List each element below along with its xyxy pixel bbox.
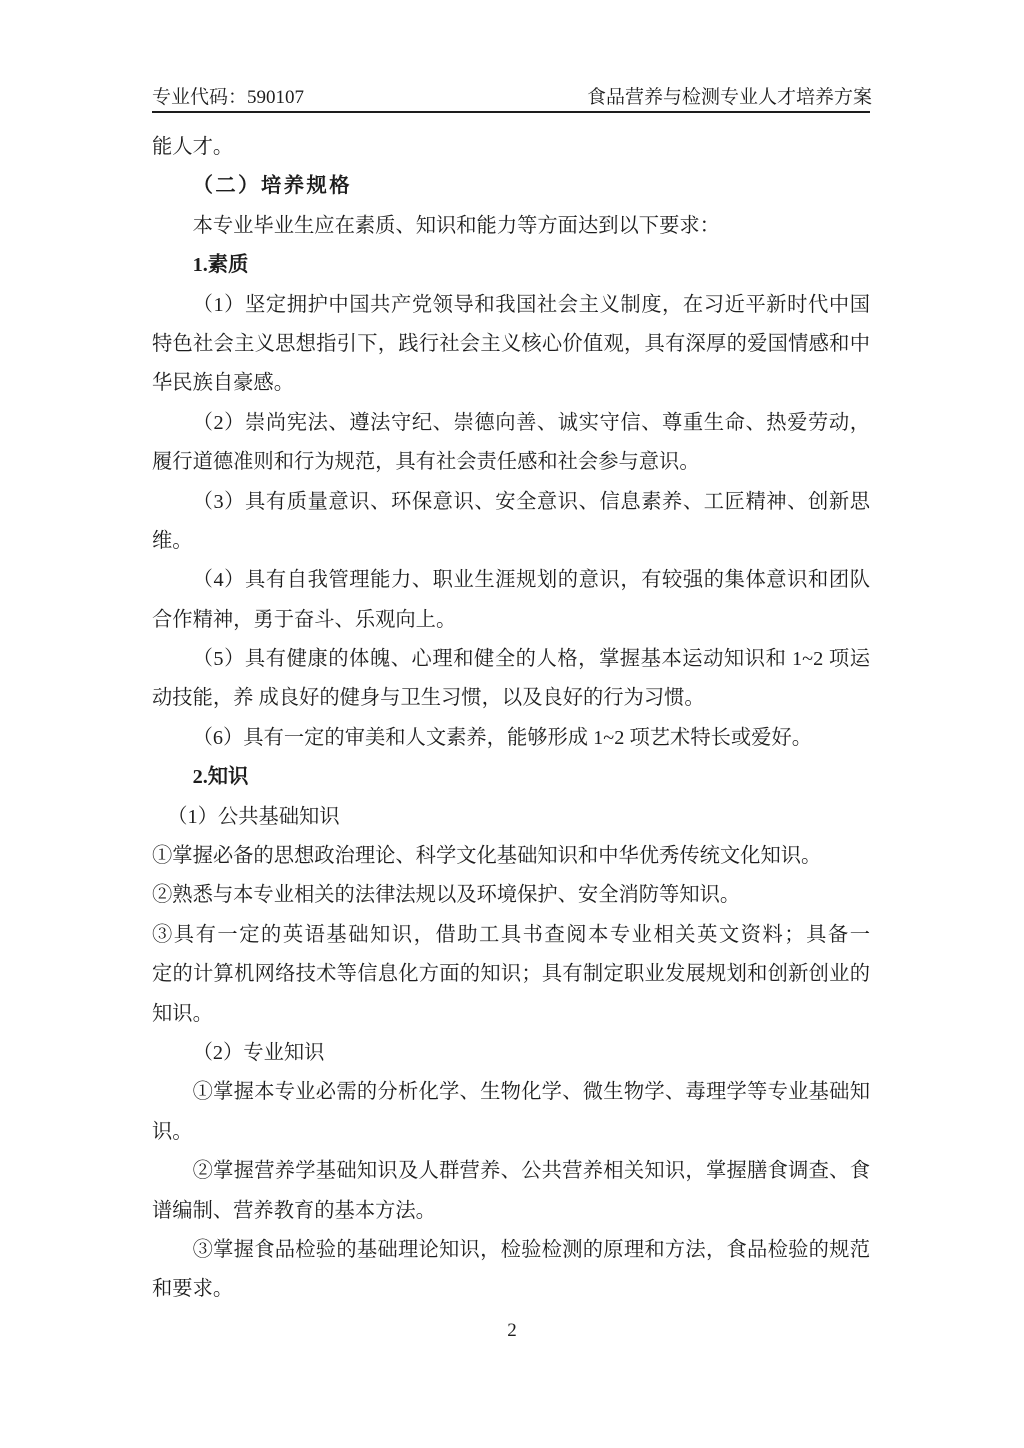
text-line: 本专业毕业生应在素质、知识和能力等方面达到以下要求： bbox=[152, 207, 870, 246]
text-line: 履行道德准则和行为规范，具有社会责任感和社会参与意识。 bbox=[152, 443, 870, 482]
header-document-title: 食品营养与检测专业人才培养方案 bbox=[587, 86, 872, 110]
paragraph-intro: 本专业毕业生应在素质、知识和能力等方面达到以下要求： bbox=[152, 207, 870, 246]
text-line: 合作精神，勇于奋斗、乐观向上。 bbox=[152, 601, 870, 640]
text-line: （4）具有自我管理能力、职业生涯规划的意识，有较强的集体意识和团队 bbox=[152, 561, 870, 600]
paragraph-public-knowledge-3: ③具有一定的英语基础知识，借助工具书查阅本专业相关英文资料；具备一定的计算机网络… bbox=[152, 916, 870, 1034]
text-line: 维。 bbox=[152, 522, 870, 561]
text-line: ②掌握营养学基础知识及人群营养、公共营养相关知识，掌握膳食调查、食 bbox=[152, 1152, 870, 1191]
text-line: 能人才。 bbox=[152, 128, 870, 167]
page-number: 2 bbox=[0, 1318, 1024, 1344]
heading-training-specifications: （二）培养规格 bbox=[152, 167, 870, 206]
text-line: ①掌握必备的思想政治理论、科学文化基础知识和中华优秀传统文化知识。 bbox=[152, 837, 870, 876]
text-line: ③掌握食品检验的基础理论知识，检验检测的原理和方法，食品检验的规范 bbox=[152, 1231, 870, 1270]
paragraph-professional-knowledge-1: ①掌握本专业必需的分析化学、生物化学、微生物学、毒理学等专业基础知识。 bbox=[152, 1073, 870, 1152]
text-line: 谱编制、营养教育的基本方法。 bbox=[152, 1192, 870, 1231]
text-line: （5）具有健康的体魄、心理和健全的人格，掌握基本运动知识和 1~2 项运 bbox=[152, 640, 870, 679]
text-line: （2）专业知识 bbox=[152, 1034, 870, 1073]
paragraph-public-knowledge-1: ①掌握必备的思想政治理论、科学文化基础知识和中华优秀传统文化知识。 bbox=[152, 837, 870, 876]
text-line: 1.素质 bbox=[152, 246, 870, 285]
text-line: （2）崇尚宪法、遵法守纪、崇德向善、诚实守信、尊重生命、热爱劳动， bbox=[152, 404, 870, 443]
text-line: ①掌握本专业必需的分析化学、生物化学、微生物学、毒理学等专业基础知 bbox=[152, 1073, 870, 1112]
text-line: ③具有一定的英语基础知识，借助工具书查阅本专业相关英文资料；具备一 bbox=[152, 916, 870, 955]
paragraph-quality-3: （3）具有质量意识、环保意识、安全意识、信息素养、工匠精神、创新思维。 bbox=[152, 483, 870, 562]
paragraph-professional-knowledge-3: ③掌握食品检验的基础理论知识，检验检测的原理和方法，食品检验的规范和要求。 bbox=[152, 1231, 870, 1310]
paragraph-quality-2: （2）崇尚宪法、遵法守纪、崇德向善、诚实守信、尊重生命、热爱劳动，履行道德准则和… bbox=[152, 404, 870, 483]
header-divider bbox=[152, 111, 870, 113]
text-line: 识。 bbox=[152, 1113, 870, 1152]
text-line: （6）具有一定的审美和人文素养，能够形成 1~2 项艺术特长或爱好。 bbox=[152, 719, 870, 758]
subheading-professional-knowledge: （2）专业知识 bbox=[152, 1034, 870, 1073]
text-line: （二）培养规格 bbox=[152, 167, 870, 206]
text-line: 知识。 bbox=[152, 995, 870, 1034]
text-line: 华民族自豪感。 bbox=[152, 364, 870, 403]
text-line: ②熟悉与本专业相关的法律法规以及环境保护、安全消防等知识。 bbox=[152, 876, 870, 915]
text-line: 定的计算机网络技术等信息化方面的知识；具有制定职业发展规划和创新创业的 bbox=[152, 955, 870, 994]
heading-knowledge: 2.知识 bbox=[152, 758, 870, 797]
header-major-code: 专业代码：590107 bbox=[152, 86, 304, 110]
paragraph-quality-5: （5）具有健康的体魄、心理和健全的人格，掌握基本运动知识和 1~2 项运动技能，… bbox=[152, 640, 870, 719]
paragraph-quality-4: （4）具有自我管理能力、职业生涯规划的意识，有较强的集体意识和团队合作精神，勇于… bbox=[152, 561, 870, 640]
text-line: 2.知识 bbox=[152, 758, 870, 797]
text-line: 特色社会主义思想指引下，践行社会主义核心价值观，具有深厚的爱国情感和中 bbox=[152, 325, 870, 364]
heading-quality: 1.素质 bbox=[152, 246, 870, 285]
text-line: （3）具有质量意识、环保意识、安全意识、信息素养、工匠精神、创新思 bbox=[152, 483, 870, 522]
text-line: （1）公共基础知识 bbox=[152, 798, 870, 837]
text-line: 和要求。 bbox=[152, 1270, 870, 1309]
paragraph-public-knowledge-2: ②熟悉与本专业相关的法律法规以及环境保护、安全消防等知识。 bbox=[152, 876, 870, 915]
paragraph-quality-6: （6）具有一定的审美和人文素养，能够形成 1~2 项艺术特长或爱好。 bbox=[152, 719, 870, 758]
paragraph-professional-knowledge-2: ②掌握营养学基础知识及人群营养、公共营养相关知识，掌握膳食调查、食谱编制、营养教… bbox=[152, 1152, 870, 1231]
document-body: 能人才。（二）培养规格本专业毕业生应在素质、知识和能力等方面达到以下要求：1.素… bbox=[152, 128, 870, 1310]
subheading-public-basic-knowledge: （1）公共基础知识 bbox=[152, 798, 870, 837]
document-page: 专业代码：590107 食品营养与检测专业人才培养方案 能人才。（二）培养规格本… bbox=[0, 0, 1024, 1448]
paragraph-quality-1: （1）坚定拥护中国共产党领导和我国社会主义制度，在习近平新时代中国特色社会主义思… bbox=[152, 286, 870, 404]
paragraph-continuation: 能人才。 bbox=[152, 128, 870, 167]
text-line: 动技能，养 成良好的健身与卫生习惯，以及良好的行为习惯。 bbox=[152, 679, 870, 718]
text-line: （1）坚定拥护中国共产党领导和我国社会主义制度，在习近平新时代中国 bbox=[152, 286, 870, 325]
